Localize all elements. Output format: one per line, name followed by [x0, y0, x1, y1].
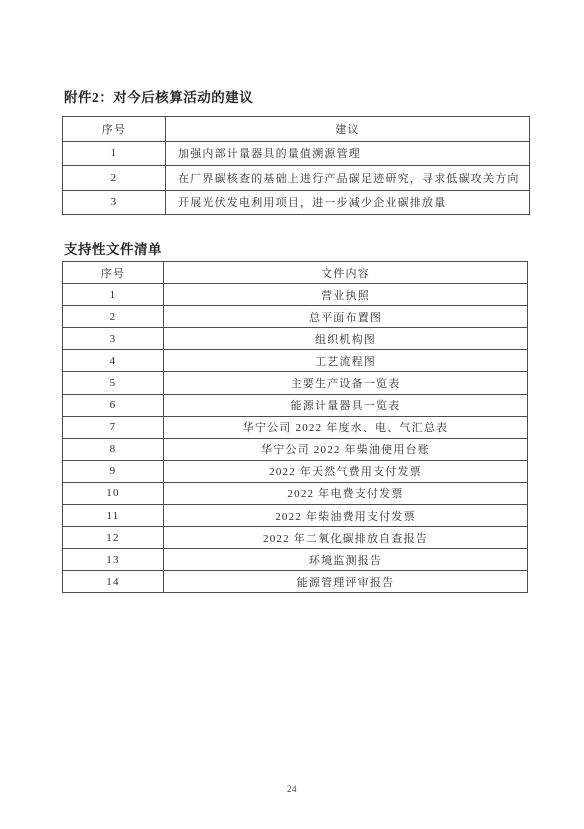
row-index-cell: 2: [63, 306, 164, 328]
table-row: 4 工艺流程图: [63, 350, 528, 372]
table-row: 9 2022 年天然气费用支付发票: [63, 460, 528, 482]
table-header-row: 序号 建议: [63, 117, 530, 142]
row-index-cell: 13: [63, 549, 164, 571]
document-cell: 主要生产设备一览表: [164, 372, 528, 394]
document-cell: 组织机构图: [164, 328, 528, 350]
document-cell: 华宁公司 2022 年柴油使用台账: [164, 438, 528, 460]
suggestion-cell: 加强内部计量器具的量值溯源管理: [166, 141, 530, 166]
table-row: 13 环境监测报告: [63, 549, 528, 571]
table-row: 6 能源计量器具一览表: [63, 394, 528, 416]
document-cell: 营业执照: [164, 284, 528, 306]
suggestions-table: 序号 建议 1 加强内部计量器具的量值溯源管理 2 在厂界碳核查的基础上进行产品…: [62, 116, 530, 215]
supporting-documents-title: 支持性文件清单: [64, 238, 162, 258]
row-index-cell: 1: [63, 284, 164, 306]
row-index-cell: 14: [63, 571, 164, 593]
table-row: 3 开展光伏发电利用项目，进一步减少企业碳排放量: [63, 190, 530, 215]
row-index-cell: 1: [63, 141, 166, 166]
document-cell: 环境监测报告: [164, 549, 528, 571]
table-row: 7 华宁公司 2022 年度水、电、气汇总表: [63, 416, 528, 438]
document-cell: 总平面布置图: [164, 306, 528, 328]
document-cell: 2022 年天然气费用支付发票: [164, 460, 528, 482]
table-row: 1 营业执照: [63, 284, 528, 306]
row-index-cell: 8: [63, 438, 164, 460]
row-index-cell: 12: [63, 527, 164, 549]
document-cell: 华宁公司 2022 年度水、电、气汇总表: [164, 416, 528, 438]
table-row: 1 加强内部计量器具的量值溯源管理: [63, 141, 530, 166]
table-row: 2 总平面布置图: [63, 306, 528, 328]
table-row: 2 在厂界碳核查的基础上进行产品碳足迹研究，寻求低碳攻关方向: [63, 166, 530, 191]
row-index-cell: 6: [63, 394, 164, 416]
row-index-cell: 11: [63, 505, 164, 527]
attachment2-title: 附件2：对今后核算活动的建议: [64, 86, 253, 106]
column-header-document: 文件内容: [164, 262, 528, 284]
column-header-serial: 序号: [63, 117, 166, 142]
document-cell: 工艺流程图: [164, 350, 528, 372]
column-header-suggestion: 建议: [166, 117, 530, 142]
table-header-row: 序号 文件内容: [63, 262, 528, 284]
table-row: 5 主要生产设备一览表: [63, 372, 528, 394]
document-cell: 能源管理评审报告: [164, 571, 528, 593]
row-index-cell: 10: [63, 482, 164, 504]
table-row: 8 华宁公司 2022 年柴油使用台账: [63, 438, 528, 460]
row-index-cell: 5: [63, 372, 164, 394]
column-header-serial: 序号: [63, 262, 164, 284]
document-page: 附件2：对今后核算活动的建议 序号 建议 1 加强内部计量器具的量值溯源管理 2…: [0, 0, 584, 829]
suggestion-cell: 开展光伏发电利用项目，进一步减少企业碳排放量: [166, 190, 530, 215]
document-cell: 2022 年电费支付发票: [164, 482, 528, 504]
document-cell: 2022 年柴油费用支付发票: [164, 505, 528, 527]
row-index-cell: 2: [63, 166, 166, 191]
row-index-cell: 3: [63, 328, 164, 350]
page-number: 24: [0, 784, 584, 794]
suggestion-cell: 在厂界碳核查的基础上进行产品碳足迹研究，寻求低碳攻关方向: [166, 166, 530, 191]
table-row: 11 2022 年柴油费用支付发票: [63, 505, 528, 527]
row-index-cell: 7: [63, 416, 164, 438]
document-cell: 能源计量器具一览表: [164, 394, 528, 416]
table-row: 10 2022 年电费支付发票: [63, 482, 528, 504]
supporting-documents-table: 序号 文件内容 1 营业执照 2 总平面布置图 3 组织机构图 4 工艺流程图: [62, 261, 528, 593]
row-index-cell: 3: [63, 190, 166, 215]
table-row: 12 2022 年二氧化碳排放自查报告: [63, 527, 528, 549]
document-cell: 2022 年二氧化碳排放自查报告: [164, 527, 528, 549]
table-row: 14 能源管理评审报告: [63, 571, 528, 593]
row-index-cell: 9: [63, 460, 164, 482]
table-row: 3 组织机构图: [63, 328, 528, 350]
row-index-cell: 4: [63, 350, 164, 372]
